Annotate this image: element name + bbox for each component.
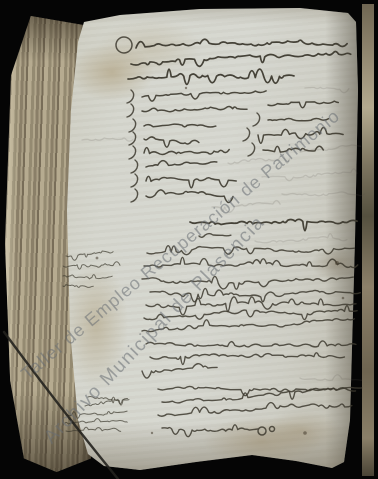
paper-speck — [185, 87, 187, 89]
handwriting-line — [144, 137, 199, 147]
handwriting-line — [142, 106, 247, 111]
handwriting-line — [268, 118, 328, 120]
handwriting-line — [146, 176, 236, 187]
handwriting-line — [300, 145, 361, 152]
handwriting-line — [142, 91, 266, 101]
handwriting-line — [142, 319, 354, 332]
handwriting-line — [66, 251, 113, 260]
paper-speck — [335, 261, 339, 265]
paper-speck — [303, 431, 307, 435]
handwriting-line — [82, 138, 133, 141]
handwriting-line — [150, 353, 344, 365]
cradle-string — [4, 332, 118, 479]
entry-tick-mark — [129, 146, 136, 159]
handwriting-line — [150, 288, 360, 301]
handwriting-line — [146, 341, 356, 347]
paper-speck — [96, 257, 99, 260]
handwriting-line — [305, 87, 349, 92]
entry-tick-mark — [248, 143, 255, 156]
handwriting-line — [131, 52, 351, 67]
handwriting-line — [142, 364, 217, 378]
entry-tick-mark — [243, 128, 250, 141]
paper-speck — [151, 432, 153, 434]
handwriting-line — [146, 161, 217, 167]
handwriting-line — [228, 155, 289, 164]
handwriting-line — [162, 425, 258, 437]
ink-flourish — [270, 427, 275, 432]
entry-tick-mark — [127, 104, 134, 117]
entry-tick-mark — [131, 189, 138, 202]
handwriting-line — [268, 101, 338, 108]
handwriting-line — [63, 285, 93, 288]
entry-tick-mark — [127, 90, 134, 103]
handwriting-line — [158, 386, 356, 395]
ink-flourish — [258, 427, 266, 435]
handwriting-line — [282, 192, 365, 196]
handwriting-line — [300, 375, 362, 381]
handwriting-line — [262, 169, 357, 181]
entry-tick-mark — [253, 113, 260, 126]
handwriting-line — [144, 257, 358, 267]
entry-tick-mark — [129, 132, 136, 145]
handwriting-line — [63, 262, 120, 269]
handwriting-line — [258, 128, 343, 144]
entry-tick-mark — [131, 160, 138, 173]
handwriting-line — [147, 246, 354, 255]
handwriting-line — [142, 276, 353, 289]
handwriting-line — [190, 219, 357, 230]
handwriting-line — [136, 39, 347, 48]
paper-speck — [342, 297, 345, 300]
handwriting-line — [212, 201, 280, 213]
handwriting-line — [128, 69, 294, 84]
handwriting-line — [144, 124, 216, 127]
handwriting-line — [255, 234, 347, 243]
handwriting-line — [158, 403, 352, 417]
ink-flourish — [116, 37, 132, 53]
handwriting-line — [66, 427, 121, 431]
handwriting-line — [63, 275, 112, 279]
entry-tick-mark — [129, 119, 136, 132]
handwriting-line — [67, 411, 127, 418]
manuscript-photo: Taller de Empleo Recuperación de Patrimo… — [0, 0, 378, 479]
handwriting-line — [146, 190, 233, 203]
handwriting-line — [144, 148, 229, 155]
ink-layer — [0, 0, 378, 479]
entry-tick-mark — [131, 174, 138, 187]
handwriting-line — [199, 234, 231, 238]
